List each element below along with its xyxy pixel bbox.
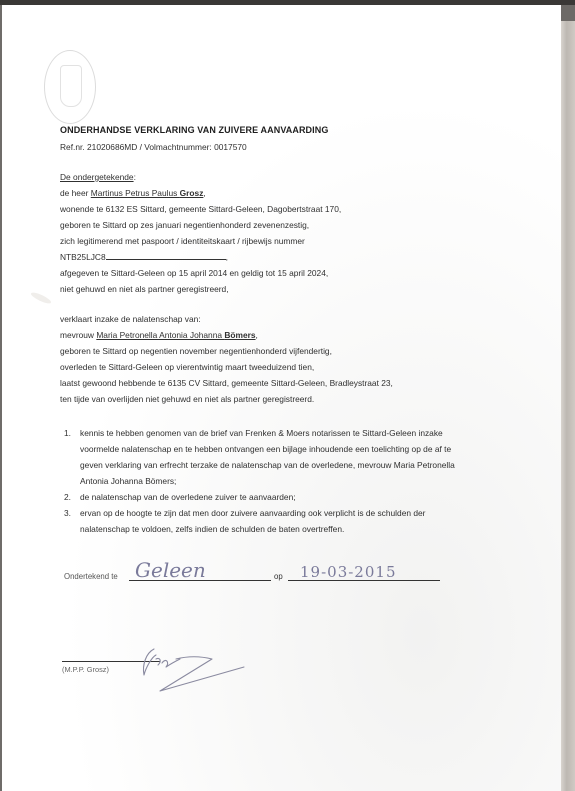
signatory-birth: geboren te Sittard op zes januari negent…: [60, 221, 309, 229]
comma: ,: [203, 188, 205, 198]
declaration-1-number: 1.: [64, 429, 71, 437]
given-names: Maria Petronella Antonia Johanna: [96, 330, 224, 340]
declaration-2-line: de nalatenschap van de overledene zuiver…: [80, 493, 296, 501]
handwritten-date: 19-03-2015: [300, 563, 396, 581]
family-name: Grosz: [180, 188, 204, 198]
deceased-last-residence: laatst gewoond hebbende te 6135 CV Sitta…: [60, 379, 393, 387]
deceased-marital-status: ten tijde van overlijden niet gehuwd en …: [60, 395, 314, 403]
declaration-2-number: 2.: [64, 493, 71, 501]
deceased-death: overleden te Sittard-Geleen op vierentwi…: [60, 363, 314, 371]
signatory-heading-label: De ondergetekende: [60, 172, 134, 182]
signatory-printed-name: (M.P.P. Grosz): [62, 666, 109, 673]
declaration-3-line: ervan op de hoogte te zijn dat men door …: [80, 509, 425, 517]
comma: ,: [256, 330, 258, 340]
handwritten-place: Geleen: [135, 558, 206, 582]
declaration-1-line: geven verklaring van erfrecht terzake de…: [80, 461, 455, 469]
scan-smudge: [30, 291, 52, 306]
deceased-birth: geboren te Sittard op negentien november…: [60, 347, 332, 355]
id-number-value: NTB25LJC8: [60, 252, 106, 262]
declaration-3-line: nalatenschap te voldoen, zelfs indien de…: [80, 525, 344, 533]
id-number-fill-line: [106, 259, 226, 260]
declaration-1-line: voormelde nalatenschap en te hebben ontv…: [80, 445, 451, 453]
family-name: Bömers: [224, 330, 255, 340]
colon: :: [134, 172, 136, 182]
signatory-identification: zich legitimerend met paspoort / identit…: [60, 237, 305, 245]
deceased-name: mevrouw Maria Petronella Antonia Johanna…: [60, 331, 258, 339]
signatory-heading: De ondergetekende:: [60, 173, 136, 181]
deceased-full-name: Maria Petronella Antonia Johanna Bömers: [96, 330, 255, 340]
signed-at-label: Ondertekend te: [64, 573, 118, 581]
name-prefix: de heer: [60, 188, 91, 198]
signatory-residence: wonende te 6132 ES Sittard, gemeente Sit…: [60, 205, 341, 213]
declaration-3-number: 3.: [64, 509, 71, 517]
comma: ,: [226, 252, 228, 262]
scan-right-border: [561, 5, 575, 791]
signatory-id-number: NTB25LJC8,: [60, 253, 228, 261]
id-issued: afgegeven te Sittard-Geleen op 15 april …: [60, 269, 328, 277]
given-names: Martinus Petrus Paulus: [91, 188, 180, 198]
signatory-name: de heer Martinus Petrus Paulus Grosz,: [60, 189, 206, 197]
document-page: ONDERHANDSE VERKLARING VAN ZUIVERE AANVA…: [2, 5, 561, 791]
declaration-1-line: Antonia Johanna Bömers;: [80, 477, 176, 485]
signatory-marital-status: niet gehuwd en niet als partner geregist…: [60, 285, 229, 293]
document-title: ONDERHANDSE VERKLARING VAN ZUIVERE AANVA…: [60, 126, 328, 135]
signatory-full-name: Martinus Petrus Paulus Grosz: [91, 188, 204, 198]
name-prefix: mevrouw: [60, 330, 96, 340]
handwritten-signature: Grosz: [132, 645, 252, 695]
scan-corner-shadow: [561, 5, 575, 21]
coat-of-arms-icon: [60, 65, 82, 107]
declaration-1-line: kennis te hebben genomen van de brief va…: [80, 429, 443, 437]
signature-stroke-icon: [132, 645, 252, 695]
date-label: op: [274, 573, 283, 581]
estate-intro: verklaart inzake de nalatenschap van:: [60, 315, 201, 323]
notary-seal-icon: [44, 50, 96, 124]
reference-number: Ref.nr. 21020686MD / Volmachtnummer: 001…: [60, 143, 247, 151]
